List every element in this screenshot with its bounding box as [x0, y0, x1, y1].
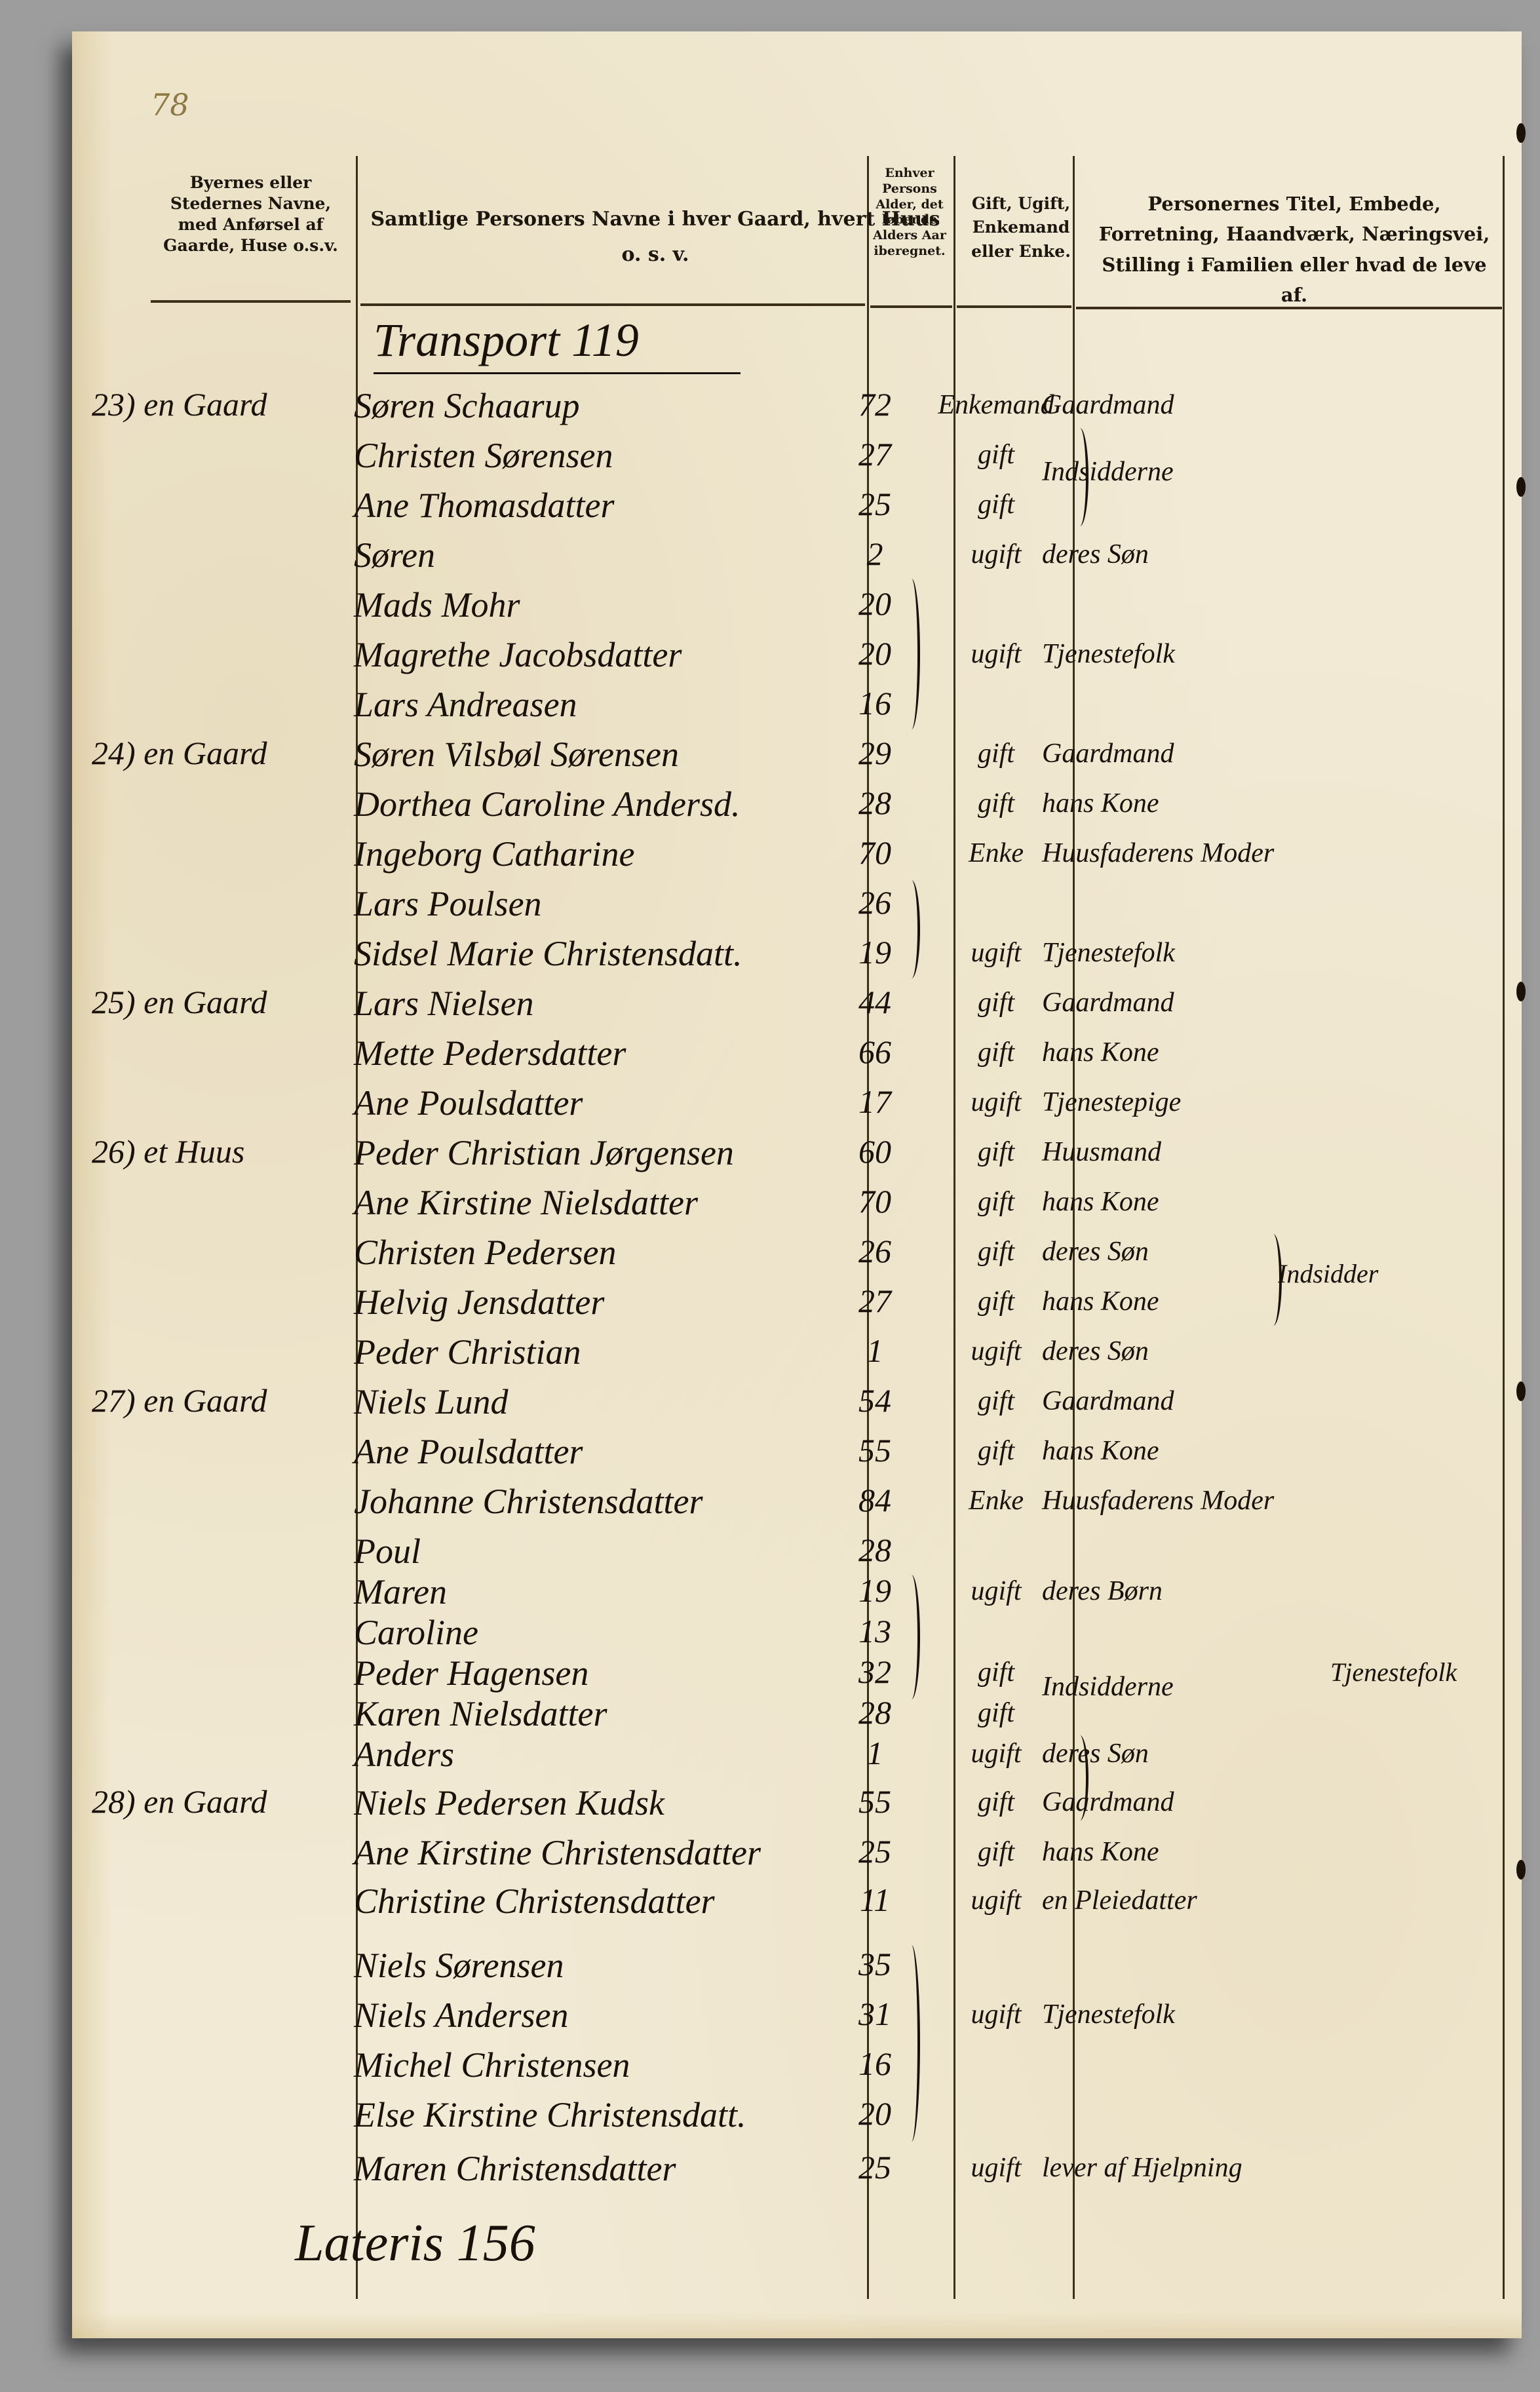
table-row: Christen Pedersen26giftderes SønIndsidde…	[72, 1232, 1522, 1284]
age-cell: 1	[839, 1734, 911, 1772]
occupation-cell: Tjenestefolk	[1042, 1999, 1175, 2030]
name-cell: Peder Christian	[354, 1332, 581, 1372]
header-age: Enhver Persons Alder, det løbende Alders…	[867, 166, 952, 260]
age-cell: 17	[839, 1083, 911, 1121]
name-cell: Lars Nielsen	[354, 983, 534, 1024]
age-cell: 55	[839, 1431, 911, 1469]
age-cell: 32	[839, 1653, 911, 1691]
edge-mark	[1516, 477, 1526, 497]
age-cell: 26	[839, 883, 911, 921]
table-row: Michel Christensen16	[72, 2045, 1522, 2097]
occupation-cell: Huusfaderens Moder	[1042, 838, 1274, 869]
table-row: 25) en GaardLars Nielsen44giftGaardmand	[72, 983, 1522, 1035]
name-cell: Mads Mohr	[354, 585, 520, 625]
table-row: Dorthea Caroline Andersd.28gifthans Kone	[72, 784, 1522, 836]
occupation-cell: Indsidderne	[1042, 456, 1174, 488]
name-cell: Niels Pedersen Kudsk	[354, 1783, 664, 1823]
name-cell: Christen Pedersen	[354, 1232, 616, 1273]
name-cell: Peder Hagensen	[354, 1653, 588, 1693]
age-cell: 13	[839, 1612, 911, 1650]
name-cell: Caroline	[354, 1612, 478, 1653]
table-row: Maren Christensdatter25ugiftlever af Hje…	[72, 2148, 1522, 2201]
lateris-total: Lateris 156	[295, 2214, 535, 2273]
occupation-cell: hans Kone	[1042, 1286, 1159, 1317]
table-row: Anders1ugiftderes Søn	[72, 1734, 1522, 1786]
table-row: 24) en GaardSøren Vilsbøl Sørensen29gift…	[72, 734, 1522, 786]
group-bracket	[903, 880, 920, 978]
table-row: Mette Pedersdatter66gifthans Kone	[72, 1033, 1522, 1085]
header-names: Samtlige Personers Navne i hver Gaard, h…	[360, 202, 950, 273]
occupation-cell: deres Søn	[1042, 539, 1149, 570]
table-row: Ane Kirstine Nielsdatter70gifthans Kone	[72, 1182, 1522, 1235]
table-row: Søren2ugiftderes Søn	[72, 535, 1522, 587]
edge-mark	[1516, 982, 1526, 1001]
occupation-cell: hans Kone	[1042, 1435, 1159, 1467]
occupation-cell: deres Børn	[1042, 1575, 1163, 1607]
group-bracket	[1071, 1735, 1088, 1821]
occupation-cell: hans Kone	[1042, 1836, 1159, 1868]
age-cell: 27	[839, 435, 911, 473]
page-number: 78	[151, 87, 189, 123]
header-occupation: Personernes Titel, Embede, Forretning, H…	[1098, 189, 1491, 311]
table-row: Mads Mohr20	[72, 585, 1522, 637]
name-cell: Dorthea Caroline Andersd.	[354, 784, 741, 824]
occupation-cell: en Pleiedatter	[1042, 1885, 1197, 1916]
age-cell: 35	[839, 1945, 911, 1983]
age-cell: 20	[839, 585, 911, 623]
table-row: Niels Andersen31ugiftTjenestefolk	[72, 1995, 1522, 2047]
table-row: Lars Andreasen16	[72, 684, 1522, 737]
age-cell: 20	[839, 634, 911, 672]
name-cell: Maren Christensdatter	[354, 2148, 676, 2189]
age-cell: 72	[839, 385, 911, 423]
place-cell: 26) et Huus	[92, 1132, 244, 1170]
age-cell: 16	[839, 684, 911, 722]
name-cell: Lars Poulsen	[354, 883, 542, 924]
occupation-cell: deres Søn	[1042, 1738, 1149, 1769]
occupation-cell: Gaardmand	[1042, 987, 1174, 1018]
civil-cell: gift	[921, 1697, 1071, 1729]
age-cell: 55	[839, 1783, 911, 1821]
name-cell: Else Kirstine Christensdatt.	[354, 2094, 746, 2135]
place-cell: 23) en Gaard	[92, 385, 267, 423]
name-cell: Ingeborg Catharine	[354, 834, 634, 874]
name-cell: Anders	[354, 1734, 454, 1775]
table-row: Helvig Jensdatter27gifthans Kone	[72, 1282, 1522, 1334]
place-cell: 25) en Gaard	[92, 983, 267, 1021]
name-cell: Karen Nielsdatter	[354, 1693, 607, 1734]
occupation-cell: Gaardmand	[1042, 1786, 1174, 1818]
name-cell: Christine Christensdatter	[354, 1881, 715, 1921]
edge-mark	[1516, 1381, 1526, 1401]
age-cell: 70	[839, 1182, 911, 1220]
age-cell: 29	[839, 734, 911, 772]
header-rule	[360, 303, 865, 306]
occupation-cell: Gaardmand	[1042, 738, 1174, 769]
header-civil-status: Gift, Ugift, Enkemand eller Enke.	[959, 192, 1083, 263]
age-cell: 19	[839, 1572, 911, 1610]
age-cell: 25	[839, 485, 911, 523]
name-cell: Ane Thomasdatter	[354, 485, 615, 526]
name-cell: Søren Vilsbøl Sørensen	[354, 734, 679, 775]
table-row: 28) en GaardNiels Pedersen Kudsk55giftGa…	[72, 1783, 1522, 1835]
civil-cell: gift	[921, 489, 1071, 520]
group-bracket	[1265, 1234, 1282, 1326]
name-cell: Peder Christian Jørgensen	[354, 1132, 734, 1173]
group-bracket	[903, 1575, 920, 1699]
note-cell: Tjenestefolk	[1330, 1657, 1457, 1688]
group-bracket	[1071, 428, 1088, 526]
age-cell: 25	[839, 2148, 911, 2186]
header-rule	[151, 300, 351, 303]
header-rule	[870, 305, 952, 308]
age-cell: 60	[839, 1132, 911, 1170]
place-cell: 24) en Gaard	[92, 734, 267, 772]
header-place: Byernes eller Stedernes Navne, med Anfør…	[151, 172, 351, 256]
name-cell: Ane Kirstine Christensdatter	[354, 1832, 761, 1873]
transport-total: Transport 119	[374, 313, 639, 368]
group-bracket	[903, 1945, 920, 2142]
name-cell: Michel Christensen	[354, 2045, 630, 2085]
table-row: Johanne Christensdatter84EnkeHuusfaderen…	[72, 1481, 1522, 1534]
age-cell: 11	[839, 1881, 911, 1919]
age-cell: 26	[839, 1232, 911, 1270]
table-row: Christen Sørensen27giftIndsidderne	[72, 435, 1522, 488]
table-row: Ane Thomasdatter25gift	[72, 485, 1522, 537]
name-cell: Maren	[354, 1572, 447, 1612]
table-row: Ingeborg Catharine70EnkeHuusfaderens Mod…	[72, 834, 1522, 886]
occupation-cell: Tjenestepige	[1042, 1087, 1181, 1118]
name-cell: Poul	[354, 1531, 421, 1572]
occupation-cell: hans Kone	[1042, 1186, 1159, 1218]
age-cell: 84	[839, 1481, 911, 1519]
table-row: Sidsel Marie Christensdatt.19ugiftTjenes…	[72, 933, 1522, 986]
table-row: Lars Poulsen26	[72, 883, 1522, 936]
edge-mark	[1516, 123, 1526, 143]
occupation-cell: Tjenestefolk	[1042, 937, 1175, 969]
header-rule	[1076, 307, 1502, 309]
age-cell: 54	[839, 1381, 911, 1419]
table-row: Christine Christensdatter11ugiften Pleie…	[72, 1881, 1522, 1933]
name-cell: Niels Sørensen	[354, 1945, 564, 1986]
age-cell: 28	[839, 784, 911, 822]
table-row: Peder Christian1ugiftderes Søn	[72, 1332, 1522, 1384]
occupation-cell: hans Kone	[1042, 788, 1159, 819]
name-cell: Helvig Jensdatter	[354, 1282, 604, 1322]
name-cell: Søren Schaarup	[354, 385, 579, 426]
table-row: Niels Sørensen35	[72, 1945, 1522, 1997]
age-cell: 19	[839, 933, 911, 971]
occupation-cell: Gaardmand	[1042, 1385, 1174, 1417]
table-row: Else Kirstine Christensdatt.20	[72, 2094, 1522, 2147]
name-cell: Søren	[354, 535, 435, 575]
name-cell: Christen Sørensen	[354, 435, 613, 476]
age-cell: 27	[839, 1282, 911, 1320]
name-cell: Magrethe Jacobsdatter	[354, 634, 682, 675]
place-cell: 28) en Gaard	[92, 1783, 267, 1821]
age-cell: 66	[839, 1033, 911, 1071]
age-cell: 28	[839, 1693, 911, 1731]
place-cell: 27) en Gaard	[92, 1381, 267, 1419]
table-row: Ane Poulsdatter17ugiftTjenestepige	[72, 1083, 1522, 1135]
occupation-cell: Huusmand	[1042, 1136, 1161, 1168]
edge-mark	[1516, 1860, 1526, 1880]
name-cell: Niels Lund	[354, 1381, 509, 1422]
name-cell: Ane Kirstine Nielsdatter	[354, 1182, 698, 1223]
table-row: Ane Poulsdatter55gifthans Kone	[72, 1431, 1522, 1484]
occupation-cell: hans Kone	[1042, 1037, 1159, 1068]
occupation-cell: Huusfaderens Moder	[1042, 1485, 1274, 1516]
age-cell: 44	[839, 983, 911, 1021]
occupation-cell: Gaardmand	[1042, 389, 1174, 421]
name-cell: Niels Andersen	[354, 1995, 568, 2035]
table-row: Magrethe Jacobsdatter20ugiftTjenestefolk	[72, 634, 1522, 687]
name-cell: Ane Poulsdatter	[354, 1431, 583, 1472]
occupation-cell: deres Søn	[1042, 1236, 1149, 1267]
table-row: 27) en GaardNiels Lund54giftGaardmand	[72, 1381, 1522, 1434]
name-cell: Sidsel Marie Christensdatt.	[354, 933, 742, 974]
age-cell: 28	[839, 1531, 911, 1569]
header-rule	[957, 305, 1071, 308]
occupation-cell: lever af Hjelpning	[1042, 2152, 1242, 2184]
name-cell: Mette Pedersdatter	[354, 1033, 626, 1073]
age-cell: 25	[839, 1832, 911, 1870]
group-bracket	[903, 579, 920, 729]
transport-underline	[374, 372, 741, 374]
name-cell: Lars Andreasen	[354, 684, 577, 725]
age-cell: 2	[839, 535, 911, 573]
age-cell: 16	[839, 2045, 911, 2083]
occupation-cell: Tjenestefolk	[1042, 638, 1175, 670]
table-row: 26) et HuusPeder Christian Jørgensen60gi…	[72, 1132, 1522, 1185]
occupation-cell: deres Søn	[1042, 1336, 1149, 1367]
table-row: Ane Kirstine Christensdatter25gifthans K…	[72, 1832, 1522, 1885]
name-cell: Johanne Christensdatter	[354, 1481, 703, 1522]
age-cell: 1	[839, 1332, 911, 1370]
age-cell: 70	[839, 834, 911, 872]
table-row: 23) en GaardSøren Schaarup72EnkemandGaar…	[72, 385, 1522, 438]
age-cell: 31	[839, 1995, 911, 2033]
age-cell: 20	[839, 2094, 911, 2132]
name-cell: Ane Poulsdatter	[354, 1083, 583, 1123]
census-page: 78 Byernes eller Stedernes Navne, med An…	[72, 31, 1522, 2338]
